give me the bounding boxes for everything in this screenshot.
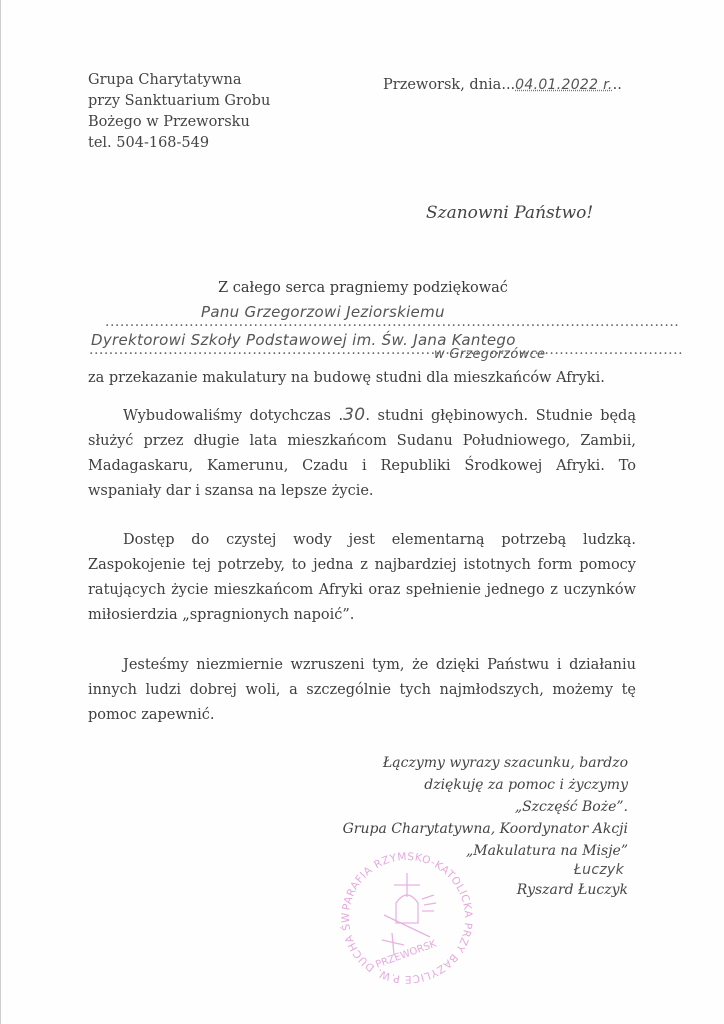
closing-line: Łączymy wyrazy szacunku, bardzo [343,752,628,774]
letter-page: Grupa Charytatywna przy Sanktuarium Grob… [0,0,724,1024]
sender-line: przy Sanktuarium Grobu [88,91,270,112]
signature-scribble: Łuczyk [574,862,624,878]
date-prefix: Przeworsk, dnia... [383,77,515,93]
recipient-name-handwritten: Panu Grzegorzowi Jeziorskiemu [201,303,445,321]
paragraph-wells: Wybudowaliśmy dotychczas .30. studni głę… [88,403,636,504]
date-line: Przeworsk, dnia...04.01.2022 r... [383,77,622,93]
intro-line: Z całego serca pragniemy podziękować [1,280,724,296]
paragraph-water-access: Dostęp do czystej wody jest elementarną … [88,528,636,628]
wells-count-handwritten: 30 [343,405,365,425]
greeting: Szanowni Państwo! [426,203,593,223]
wells-text-before: Wybudowaliśmy dotychczas . [123,408,343,424]
stamp-outer-text: PARAFIA RZYMSKO-KATOLICKA PRZY BAZYLICE … [334,845,474,985]
handwritten-date: 04.01.2022 r. [515,77,612,93]
paragraph-gratitude: Jesteśmy niezmiernie wzruszeni tym, że d… [88,653,636,728]
sender-line: Grupa Charytatywna [88,70,270,91]
date-suffix: .. [613,77,622,93]
sender-phone: tel. 504-168-549 [88,133,270,154]
signatory-name: Ryszard Łuczyk [517,882,628,898]
recipient-place-handwritten: w Grzegorzówce [434,347,545,362]
closing-line: dziękuję za pomoc i życzymy [343,774,628,796]
stamp-inner-text: PRZEWORSK [374,938,438,970]
sender-address: Grupa Charytatywna przy Sanktuarium Grob… [88,70,270,154]
sender-line: Bożego w Przeworsku [88,112,270,133]
svg-text:PARAFIA RZYMSKO-KATOLICKA PRZY: PARAFIA RZYMSKO-KATOLICKA PRZY BAZYLICE … [334,845,474,985]
closing-line: Grupa Charytatywna, Koordynator Akcji [343,818,628,840]
recipient-line-2: ........................................… [89,339,616,358]
parish-stamp-icon: PARAFIA RZYMSKO-KATOLICKA PRZY BAZYLICE … [334,845,480,991]
closing-line: „Szczęść Boże”. [343,796,628,818]
recipient-line-1: ........................................… [105,311,615,330]
paragraph-purpose: za przekazanie makulatury na budowę stud… [88,366,636,391]
